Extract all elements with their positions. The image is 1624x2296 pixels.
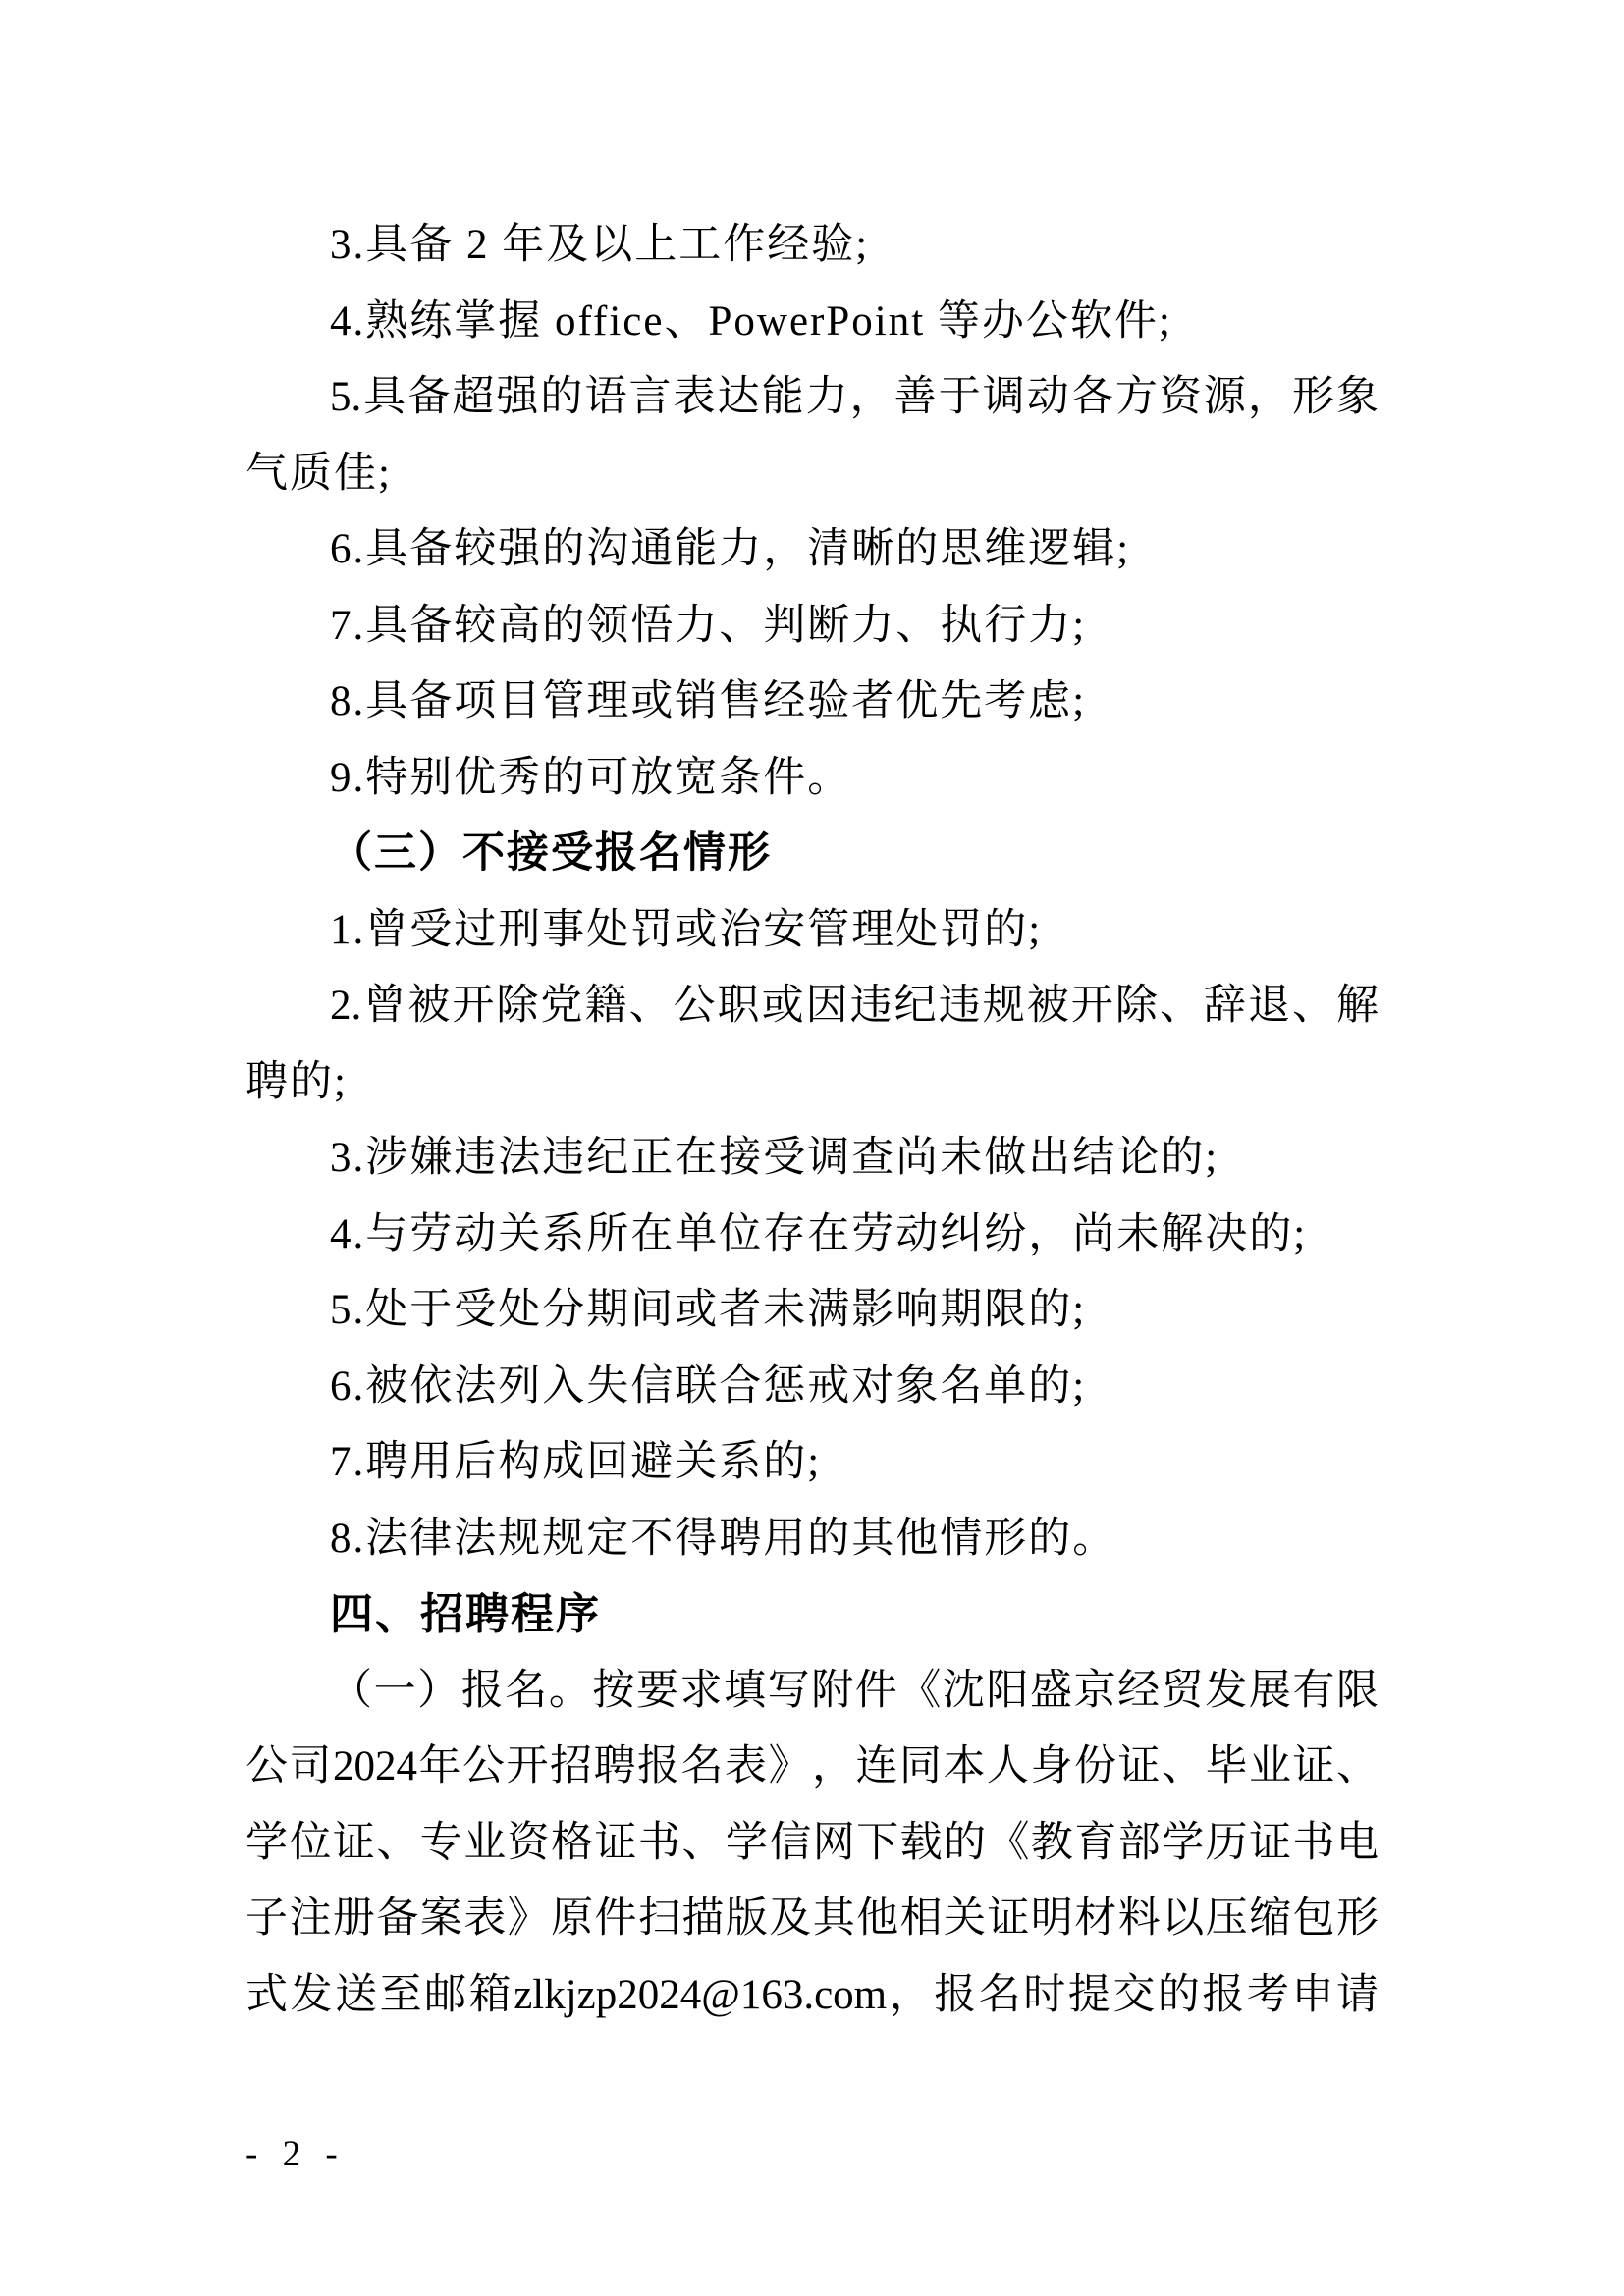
text-line: 公司2024年公开招聘报名表》，连同本人身份证、毕业证、 [245, 1729, 1379, 1805]
text-line: 气质佳; [245, 436, 1379, 512]
text-line: 4.熟练掌握 office、PowerPoint 等办公软件; [245, 284, 1379, 360]
text-line: 4.与劳动关系所在单位存在劳动纠纷，尚未解决的; [245, 1197, 1379, 1273]
text-line: 1.曾受过刑事处罚或治安管理处罚的; [245, 892, 1379, 969]
text-line: 6.具备较强的沟通能力，清晰的思维逻辑; [245, 511, 1379, 588]
text-line: 学位证、专业资格证书、学信网下载的《教育部学历证书电 [245, 1805, 1379, 1882]
text-line: 8.法律法规规定不得聘用的其他情形的。 [245, 1501, 1379, 1577]
text-line: （一）报名。按要求填写附件《沈阳盛京经贸发展有限 [245, 1653, 1379, 1730]
text-line: 6.被依法列入失信联合惩戒对象名单的; [245, 1349, 1379, 1425]
text-line: 8.具备项目管理或销售经验者优先考虑; [245, 664, 1379, 740]
document-body: 3.具备 2 年及以上工作经验;4.熟练掌握 office、PowerPoint… [245, 207, 1379, 2033]
text-line: 7.具备较高的领悟力、判断力、执行力; [245, 588, 1379, 665]
text-line: 9.特别优秀的可放宽条件。 [245, 740, 1379, 817]
text-line: 3.具备 2 年及以上工作经验; [245, 207, 1379, 284]
page-number: - 2 - [245, 2132, 338, 2177]
text-line: 2.曾被开除党籍、公职或因违纪违规被开除、辞退、解 [245, 968, 1379, 1044]
text-line: 3.涉嫌违法违纪正在接受调查尚未做出结论的; [245, 1120, 1379, 1197]
text-line: 聘的; [245, 1044, 1379, 1121]
section-heading: （三）不接受报名情形 [245, 816, 1379, 892]
text-line: 子注册备案表》原件扫描版及其他相关证明材料以压缩包形 [245, 1881, 1379, 1957]
text-line: 式发送至邮箱zlkjzp2024@163.com，报名时提交的报考申请 [245, 1957, 1379, 2034]
text-line: 5.处于受处分期间或者未满影响期限的; [245, 1272, 1379, 1349]
text-line: 7.聘用后构成回避关系的; [245, 1424, 1379, 1501]
section-heading: 四、招聘程序 [245, 1576, 1379, 1653]
document-page: 3.具备 2 年及以上工作经验;4.熟练掌握 office、PowerPoint… [0, 0, 1624, 2296]
text-line: 5.具备超强的语言表达能力，善于调动各方资源，形象 [245, 359, 1379, 436]
